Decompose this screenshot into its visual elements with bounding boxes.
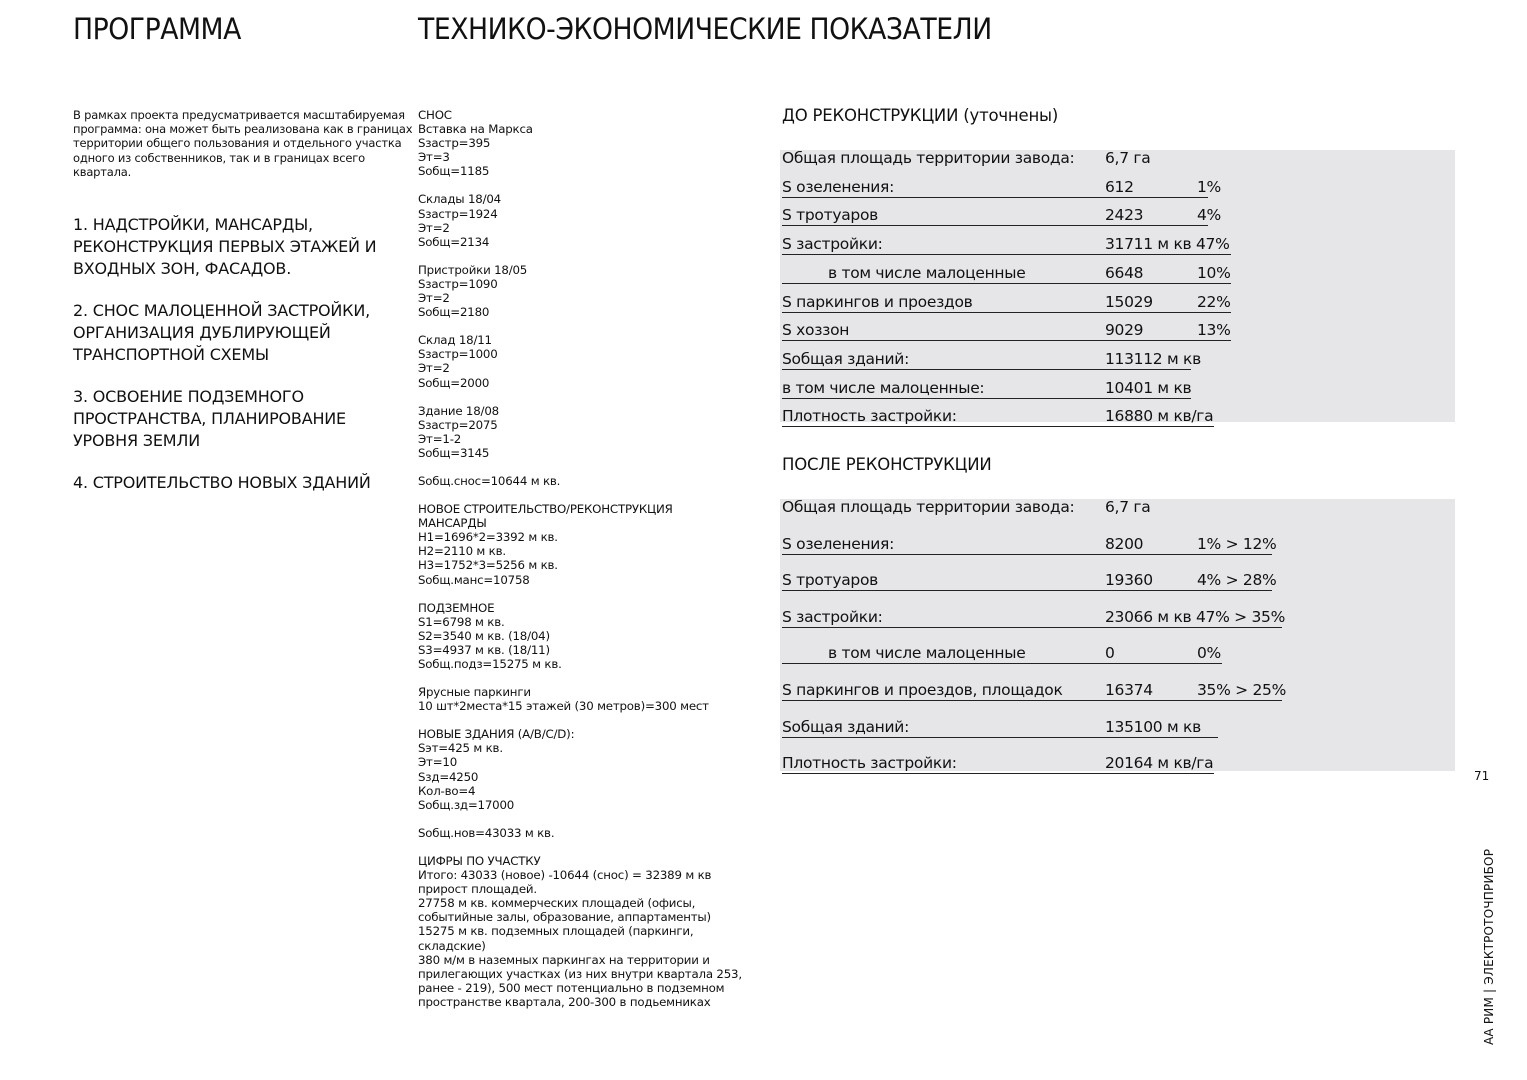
calc-line: Кол-во=4: [418, 784, 758, 798]
indicator-value: 10401 м кв: [1105, 379, 1191, 397]
calc-line: прирост площадей.: [418, 882, 758, 896]
calc-line: Н1=1696*2=3392 м кв.: [418, 530, 758, 544]
row-underline: [782, 398, 1191, 399]
calc-line: Склады 18/04: [418, 192, 758, 206]
calc-line: Sобщ=2134: [418, 235, 758, 249]
row-underline: [782, 340, 1231, 341]
calc-line: Ярусные паркинги: [418, 685, 758, 699]
calc-line: Sобщ.снос=10644 м кв.: [418, 474, 758, 488]
program-item: 4. СТРОИТЕЛЬСТВО НОВЫХ ЗДАНИЙ: [73, 472, 413, 494]
calc-line: ЦИФРЫ ПО УЧАСТКУ: [418, 854, 758, 868]
row-underline: [782, 663, 1222, 664]
calc-line: Sзастр=2075: [418, 418, 758, 432]
calc-line: Sобщ=2180: [418, 305, 758, 319]
indicator-pct: 35% > 25%: [1197, 681, 1286, 699]
indicator-pct: 4%: [1197, 206, 1221, 224]
calc-line: Sобщ=1185: [418, 164, 758, 178]
indicator-label: Плотность застройки:: [782, 754, 957, 772]
indicator-value: 6648: [1105, 264, 1143, 282]
calc-line: событийные залы, образование, аппартамен…: [418, 910, 758, 924]
indicator-value: 16374: [1105, 681, 1153, 699]
page-number: 71: [1474, 769, 1489, 783]
calc-line: прилегающих участках (из них внутри квар…: [418, 967, 758, 981]
indicator-pct: 22%: [1197, 293, 1231, 311]
calc-line: Sзастр=1924: [418, 207, 758, 221]
calc-line: Sобщ.зд=17000: [418, 798, 758, 812]
calc-line: Эт=2: [418, 291, 758, 305]
program-list: 1. НАДСТРОЙКИ, МАНСАРДЫ, РЕКОНСТРУКЦИЯ П…: [73, 214, 413, 514]
indicator-label: S паркингов и проездов: [782, 293, 972, 311]
calc-line: Sзастр=1000: [418, 347, 758, 361]
side-caption: АА РИМ | ЭЛЕКТРОТОЧПРИБОР: [1482, 849, 1496, 1045]
table-after-reconstruction: Общая площадь территории завода:6,7 гаS …: [780, 499, 1455, 771]
section-title-program: ПРОГРАММА: [73, 12, 241, 46]
calc-line: S3=4937 м кв. (18/11): [418, 643, 758, 657]
indicator-value: 20164 м кв/га: [1105, 754, 1213, 772]
calc-block: Склады 18/04Sзастр=1924Эт=2Sобщ=2134: [418, 192, 758, 248]
indicator-label: в том числе малоценные: [828, 264, 1025, 282]
calc-line: ПОДЗЕМНОЕ: [418, 601, 758, 615]
indicator-label: в том числе малоценные:: [782, 379, 984, 397]
indicator-label: Плотность застройки:: [782, 407, 957, 425]
indicator-label: в том числе малоценные: [828, 644, 1025, 662]
program-item: 3. ОСВОЕНИЕ ПОДЗЕМНОГО ПРОСТРАНСТВА, ПЛА…: [73, 386, 413, 452]
indicator-value: 113112 м кв: [1105, 350, 1201, 368]
calc-line: Итого: 43033 (новое) -10644 (снос) = 323…: [418, 868, 758, 882]
row-underline: [782, 426, 1214, 427]
indicator-label: S застройки:: [782, 608, 883, 626]
calc-block: Ярусные паркинги10 шт*2места*15 этажей (…: [418, 685, 758, 713]
row-underline: [782, 283, 1231, 284]
indicator-pct: 4% > 28%: [1197, 571, 1276, 589]
calc-line: пространстве квартала, 200-300 в подьемн…: [418, 995, 758, 1009]
row-underline: [782, 590, 1272, 591]
indicator-pct: 1% > 12%: [1197, 535, 1276, 553]
calc-line: Sобщ=3145: [418, 446, 758, 460]
indicator-value: 2423: [1105, 206, 1143, 224]
calc-line: МАНСАРДЫ: [418, 516, 758, 530]
indicator-label: S тротуаров: [782, 206, 878, 224]
indicator-pct: 10%: [1197, 264, 1231, 282]
calc-block: СНОСВставка на МарксаSзастр=395Эт=3Sобщ=…: [418, 108, 758, 178]
section-title-tep: ТЕХНИКО-ЭКОНОМИЧЕСКИЕ ПОКАЗАТЕЛИ: [418, 12, 992, 46]
calc-block: Пристройки 18/05Sзастр=1090Эт=2Sобщ=2180: [418, 263, 758, 319]
calc-line: S1=6798 м кв.: [418, 615, 758, 629]
calc-line: S2=3540 м кв. (18/04): [418, 629, 758, 643]
calc-line: Эт=10: [418, 755, 758, 769]
calc-line: 10 шт*2места*15 этажей (30 метров)=300 м…: [418, 699, 758, 713]
indicator-label: S застройки:: [782, 235, 883, 253]
indicator-value: 15029: [1105, 293, 1153, 311]
row-underline: [782, 554, 1272, 555]
row-underline: [782, 312, 1231, 313]
indicator-label: Общая площадь территории завода:: [782, 498, 1074, 516]
indicator-value: 135100 м кв: [1105, 718, 1201, 736]
heading-after-reconstruction: ПОСЛЕ РЕКОНСТРУКЦИИ: [782, 455, 992, 474]
indicator-value: 16880 м кв/га: [1105, 407, 1213, 425]
calc-line: Пристройки 18/05: [418, 263, 758, 277]
indicator-label: Общая площадь территории завода:: [782, 149, 1074, 167]
calc-line: Sобщ.манс=10758: [418, 573, 758, 587]
calc-line: складские): [418, 939, 758, 953]
calc-line: НОВОЕ СТРОИТЕЛЬСТВО/РЕКОНСТРУКЦИЯ: [418, 502, 758, 516]
row-underline: [782, 225, 1208, 226]
heading-before-reconstruction: ДО РЕКОНСТРУКЦИИ (уточнены): [782, 106, 1058, 125]
indicator-value: 8200: [1105, 535, 1143, 553]
calc-line: Sзастр=395: [418, 136, 758, 150]
calc-line: Н3=1752*3=5256 м кв.: [418, 558, 758, 572]
calc-line: 27758 м кв. коммерческих площадей (офисы…: [418, 896, 758, 910]
indicator-label: S тротуаров: [782, 571, 878, 589]
calc-block: Здание 18/08Sзастр=2075Эт=1-2Sобщ=3145: [418, 404, 758, 460]
row-underline: [782, 627, 1282, 628]
calc-line: Sэт=425 м кв.: [418, 741, 758, 755]
indicator-value: 9029: [1105, 321, 1143, 339]
calc-line: Эт=2: [418, 221, 758, 235]
calc-line: 380 м/м в наземных паркингах на территор…: [418, 953, 758, 967]
calc-block: ЦИФРЫ ПО УЧАСТКУИтого: 43033 (новое) -10…: [418, 854, 758, 1009]
row-underline: [782, 369, 1191, 370]
indicator-pct: 1%: [1197, 178, 1221, 196]
calc-line: Sобщ.нов=43033 м кв.: [418, 826, 758, 840]
row-underline: [782, 254, 1231, 255]
calc-block: ПОДЗЕМНОЕS1=6798 м кв.S2=3540 м кв. (18/…: [418, 601, 758, 671]
row-underline: [782, 773, 1214, 774]
calc-line: Эт=1-2: [418, 432, 758, 446]
indicator-pct: 0%: [1197, 644, 1221, 662]
calc-line: Sобщ=2000: [418, 376, 758, 390]
indicator-value: 0: [1105, 644, 1115, 662]
calc-block: НОВОЕ СТРОИТЕЛЬСТВО/РЕКОНСТРУКЦИЯМАНСАРД…: [418, 502, 758, 587]
calc-block: НОВЫЕ ЗДАНИЯ (A/B/C/D):Sэт=425 м кв.Эт=1…: [418, 727, 758, 812]
row-underline: [782, 700, 1282, 701]
calc-line: Sзастр=1090: [418, 277, 758, 291]
calc-line: Здание 18/08: [418, 404, 758, 418]
row-underline: [782, 197, 1208, 198]
indicator-label: S хоззон: [782, 321, 849, 339]
calc-block: Sобщ.нов=43033 м кв.: [418, 826, 758, 840]
indicator-value: 612: [1105, 178, 1134, 196]
indicator-value: 23066 м кв 47% > 35%: [1105, 608, 1285, 626]
indicator-label: Sобщая зданий:: [782, 350, 909, 368]
table-before-reconstruction: Общая площадь территории завода:6,7 гаS …: [780, 150, 1455, 422]
indicator-value: 31711 м кв 47%: [1105, 235, 1230, 253]
calc-line: ранее - 219), 500 мест потенциально в по…: [418, 981, 758, 995]
indicator-label: S озеленения:: [782, 535, 894, 553]
indicator-value: 6,7 га: [1105, 149, 1150, 167]
calc-line: Склад 18/11: [418, 333, 758, 347]
calc-line: Эт=3: [418, 150, 758, 164]
calc-line: НОВЫЕ ЗДАНИЯ (A/B/C/D):: [418, 727, 758, 741]
indicator-label: Sобщая зданий:: [782, 718, 909, 736]
calc-line: СНОС: [418, 108, 758, 122]
indicator-label: S паркингов и проездов, площадок: [782, 681, 1063, 699]
calc-line: Sобщ.подз=15275 м кв.: [418, 657, 758, 671]
calc-line: Sзд=4250: [418, 770, 758, 784]
indicator-label: S озеленения:: [782, 178, 894, 196]
calc-line: Эт=2: [418, 361, 758, 375]
indicator-value: 19360: [1105, 571, 1153, 589]
program-item: 1. НАДСТРОЙКИ, МАНСАРДЫ, РЕКОНСТРУКЦИЯ П…: [73, 214, 413, 280]
calc-line: 15275 м кв. подземных площадей (паркинги…: [418, 924, 758, 938]
indicator-value: 6,7 га: [1105, 498, 1150, 516]
calculations-column: СНОСВставка на МарксаSзастр=395Эт=3Sобщ=…: [418, 108, 758, 1023]
program-intro: В рамках проекта предусматривается масшт…: [73, 108, 413, 179]
calc-block: Sобщ.снос=10644 м кв.: [418, 474, 758, 488]
program-item: 2. СНОС МАЛОЦЕННОЙ ЗАСТРОЙКИ, ОРГАНИЗАЦИ…: [73, 300, 413, 366]
row-underline: [782, 737, 1218, 738]
calc-line: Вставка на Маркса: [418, 122, 758, 136]
calc-block: Склад 18/11Sзастр=1000Эт=2Sобщ=2000: [418, 333, 758, 389]
indicator-pct: 13%: [1197, 321, 1231, 339]
calc-line: Н2=2110 м кв.: [418, 544, 758, 558]
